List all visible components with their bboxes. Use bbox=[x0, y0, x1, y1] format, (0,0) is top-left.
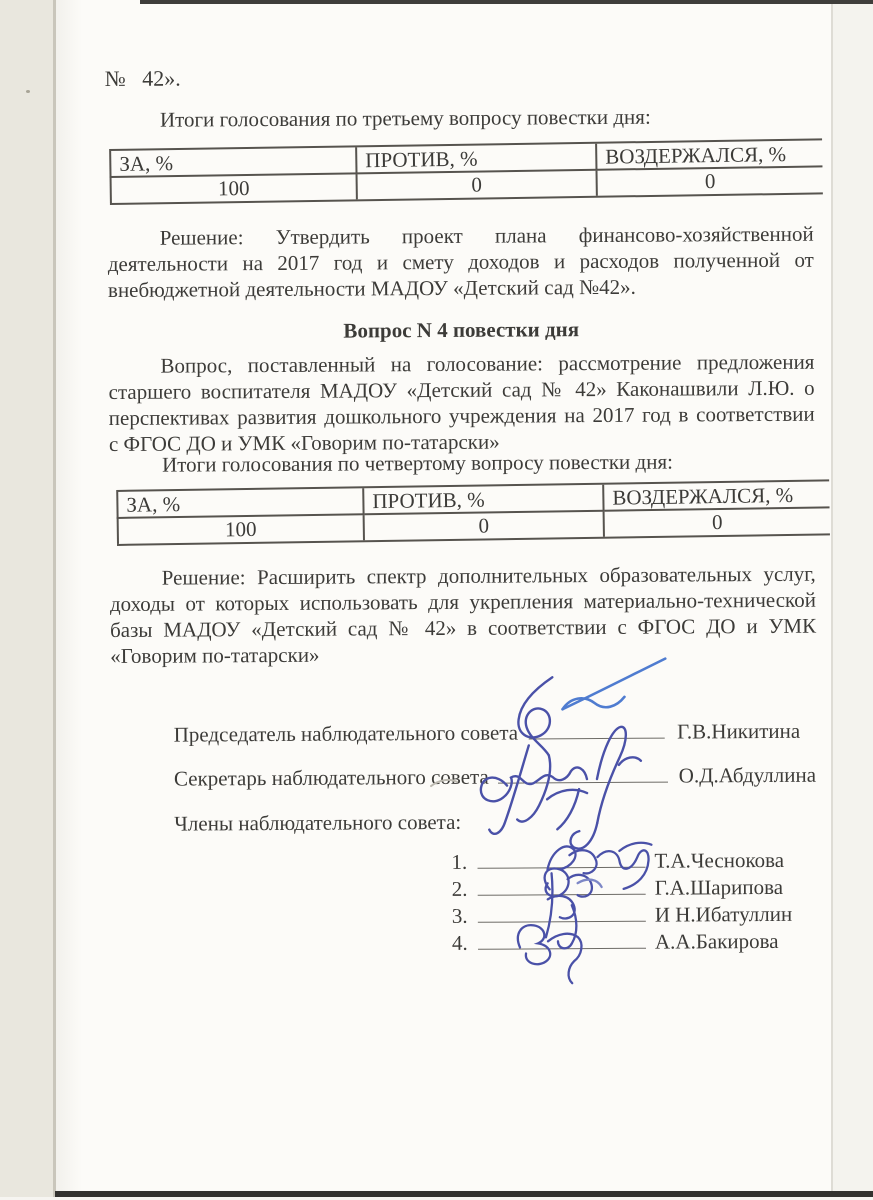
agenda-item-4-heading: Вопрос N 4 повестки дня bbox=[108, 316, 814, 345]
paragraph-line: базы МАДОУ «Детский сад № 42» в соответс… bbox=[110, 613, 816, 643]
paragraph-line: «Говорим по-татарски» bbox=[110, 639, 816, 669]
member-name: И Н.Ибатуллин bbox=[655, 901, 793, 928]
member-name: Т.А.Чеснокова bbox=[654, 847, 784, 874]
question-paragraph-q4: Вопрос, поставленный на голосование: рас… bbox=[108, 349, 815, 457]
vote-results-intro-q3: Итоги голосования по третьему вопросу по… bbox=[160, 104, 651, 133]
page-top-fragment: № 42». bbox=[105, 66, 181, 92]
decision-paragraph-q3: Решение: Утвердить проект плана финансов… bbox=[108, 221, 814, 303]
vote-table-q4-header-za: ЗА, % bbox=[116, 488, 364, 519]
chairman-signature-ink-loops bbox=[516, 677, 553, 821]
member-number: 2. bbox=[452, 876, 478, 902]
decision-paragraph-q4: Решение: Расширить спектр дополнительных… bbox=[110, 561, 817, 669]
chairman-name: Г.В.Никитина bbox=[677, 718, 800, 745]
document-content: № 42». Итоги голосования по третьему воп… bbox=[0, 0, 873, 1200]
member-signature-line bbox=[478, 929, 646, 950]
vote-table-q4: ЗА, % ПРОТИВ, % ВОЗДЕРЖАЛСЯ, % 100 0 0 bbox=[116, 479, 830, 546]
vote-table-q4-value-za: 100 bbox=[117, 515, 365, 544]
vote-table-q4-header-vozderzhalsya: ВОЗДЕРЖАЛСЯ, % bbox=[604, 481, 829, 511]
paragraph-line: внебюджетной деятельности МАДОУ «Детский… bbox=[108, 273, 814, 303]
vote-table-q3-header-vozderzhalsya: ВОЗДЕРЖАЛСЯ, % bbox=[597, 140, 822, 170]
member-number: 4. bbox=[452, 930, 478, 956]
members-label: Члены наблюдательного совета: bbox=[174, 809, 461, 837]
member-name: Г.А.Шарипова bbox=[655, 874, 784, 901]
paragraph-line: деятельности на 2017 год и смету доходов… bbox=[108, 247, 814, 277]
vote-results-intro-q4: Итоги голосования по четвертому вопросу … bbox=[162, 449, 673, 478]
member-signature-row-1: 1. Т.А.Чеснокова bbox=[451, 847, 784, 875]
member-number: 1. bbox=[451, 849, 477, 875]
vote-table-q4-value-protiv: 0 bbox=[365, 512, 605, 541]
member-signature-line bbox=[478, 875, 646, 896]
member-signature-row-4: 4. А.А.Бакирова bbox=[452, 928, 779, 956]
secretary-signature-line bbox=[498, 763, 668, 784]
vote-table-q3-header-protiv: ПРОТИВ, % bbox=[357, 144, 597, 175]
chairman-signature-line bbox=[529, 719, 665, 740]
member-signature-row-3: 3. И Н.Ибатуллин bbox=[452, 901, 793, 929]
vote-table-q3: ЗА, % ПРОТИВ, % ВОЗДЕРЖАЛСЯ, % 100 0 0 bbox=[109, 138, 823, 205]
vote-table-q4-value-vozderzhalsya: 0 bbox=[605, 508, 830, 536]
member-name: А.А.Бакирова bbox=[655, 928, 779, 955]
paragraph-line: перспективах развития дошкольного учрежд… bbox=[109, 401, 815, 431]
member-signature-line bbox=[478, 902, 646, 923]
scanned-document-page: № 42». Итоги голосования по третьему воп… bbox=[0, 0, 873, 1200]
chairman-label: Председатель наблюдательного совета bbox=[174, 720, 519, 748]
vote-table-q3-value-protiv: 0 bbox=[358, 171, 598, 200]
member-signature-line bbox=[477, 848, 645, 869]
vote-table-q3-value-za: 100 bbox=[110, 174, 358, 203]
member-number: 3. bbox=[452, 903, 478, 929]
secretary-signature-row: Секретарь наблюдательного совета О.Д.Абд… bbox=[174, 762, 816, 792]
chairman-signature-row: Председатель наблюдательного совета Г.В.… bbox=[174, 718, 801, 748]
vote-table-q4-header-protiv: ПРОТИВ, % bbox=[364, 485, 604, 516]
secretary-name: О.Д.Абдуллина bbox=[679, 762, 816, 789]
member-signature-row-2: 2. Г.А.Шарипова bbox=[452, 874, 784, 902]
chairman-signature-ink bbox=[562, 659, 665, 710]
vote-table-q3-value-vozderzhalsya: 0 bbox=[597, 167, 822, 195]
vote-table-q3-header-za: ЗА, % bbox=[109, 147, 357, 178]
secretary-label: Секретарь наблюдательного совета bbox=[174, 764, 489, 792]
